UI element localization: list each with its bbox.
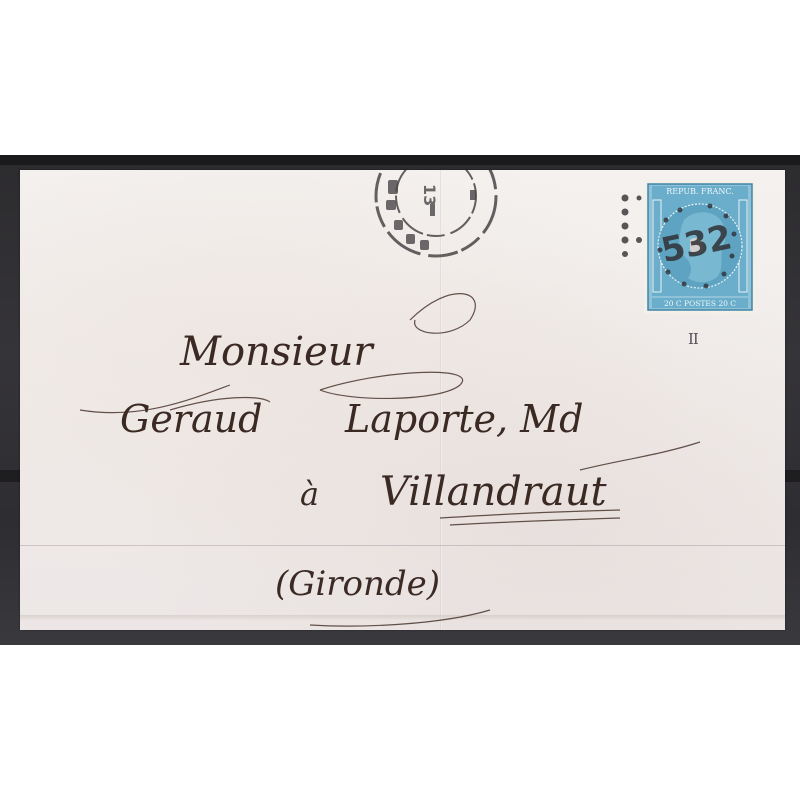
address-line-preposition: à bbox=[300, 475, 319, 513]
scene: 13 BORDEAUX bbox=[0, 0, 800, 800]
letter-cover: 13 BORDEAUX bbox=[20, 170, 785, 630]
background-band-top bbox=[0, 155, 800, 165]
address-line-salutation: Monsieur bbox=[179, 329, 376, 375]
address-line-department: (Gironde) bbox=[275, 564, 440, 604]
address-line-surname: Laporte, Md bbox=[344, 397, 583, 441]
handwritten-address: Monsieur Geraud Laporte, Md à Villandrau… bbox=[20, 170, 785, 630]
address-line-first-name: Geraud bbox=[120, 397, 262, 441]
address-line-town: Villandraut bbox=[380, 469, 608, 515]
